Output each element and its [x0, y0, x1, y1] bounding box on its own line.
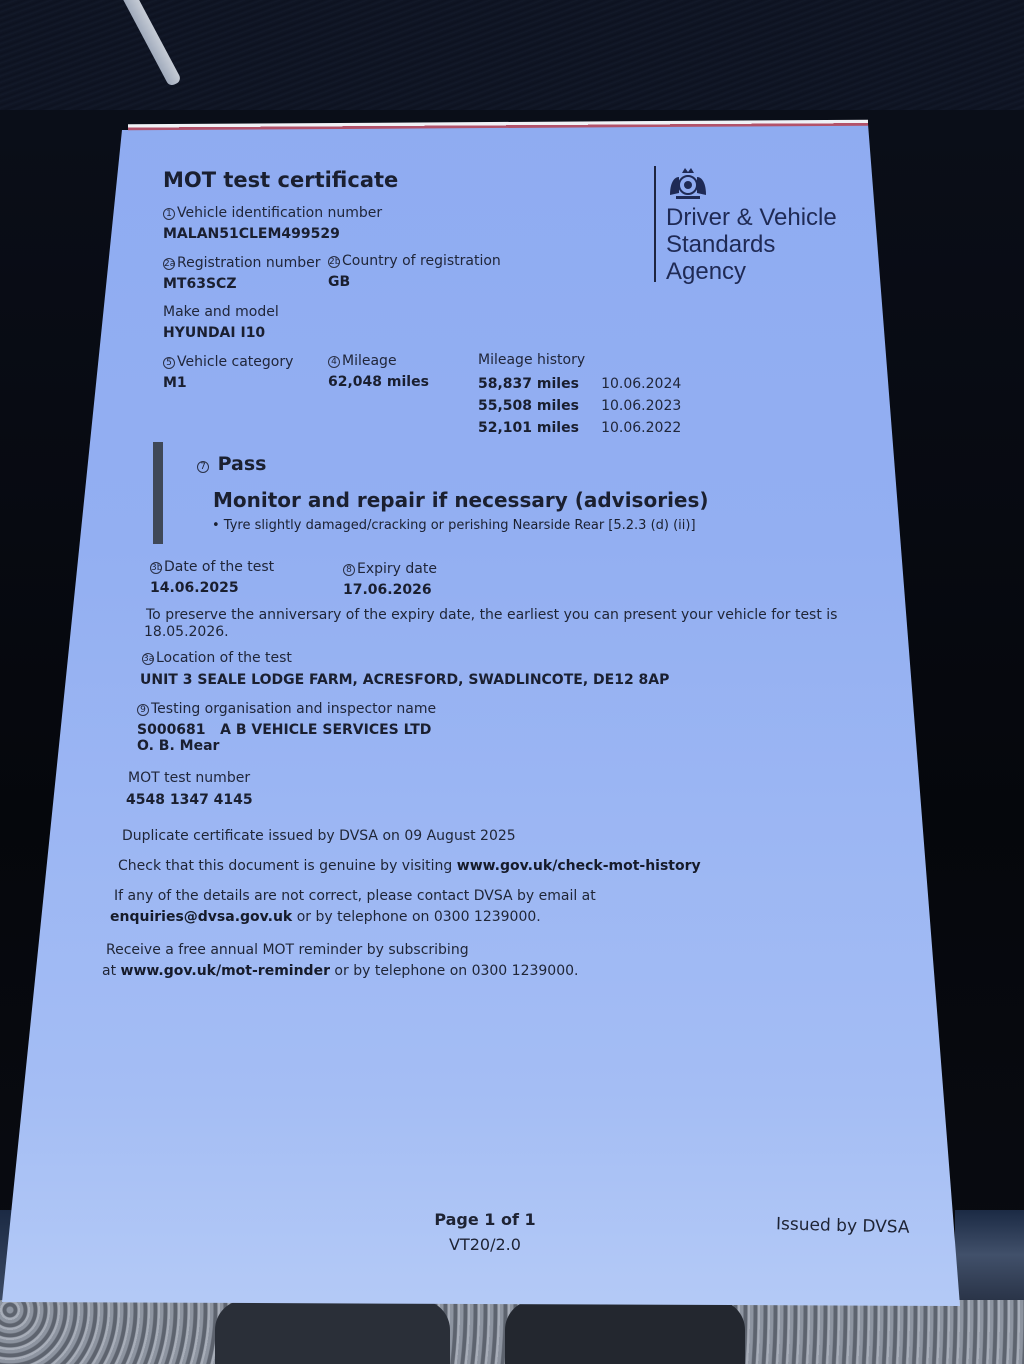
marker-icon: 8	[343, 564, 355, 576]
issued-by: Issued by DVSA	[776, 1214, 910, 1237]
category-label: Vehicle category	[177, 354, 293, 370]
contact-note: If any of the details are not correct, p…	[114, 888, 596, 925]
test-number-label: MOT test number	[128, 770, 253, 786]
test-date-field: 3bDate of the test 14.06.2025	[150, 559, 274, 596]
royal-crest-icon	[666, 165, 710, 201]
advisory-item: • Tyre slightly damaged/cracking or peri…	[212, 518, 696, 533]
country-field: 2bCountry of registration GB	[328, 253, 501, 290]
mot-reminder-link[interactable]: www.gov.uk/mot-reminder	[121, 963, 330, 979]
agency-logo-bar	[654, 166, 656, 282]
mileage-history-label: Mileage history	[478, 352, 681, 368]
testing-org-value: S000681 A B VEHICLE SERVICES LTD	[137, 722, 436, 738]
background-leg-right	[505, 1300, 745, 1364]
vin-value: MALAN51CLEM499529	[163, 226, 382, 242]
expiry-date-field: 8Expiry date 17.06.2026	[343, 561, 437, 598]
marker-icon: 5	[163, 357, 175, 369]
result-status: 7 Pass	[197, 453, 266, 475]
make-model-field: Make and model HYUNDAI I10	[163, 304, 279, 341]
marker-icon: 2b	[328, 256, 340, 268]
registration-label: Registration number	[177, 255, 321, 271]
location-value: UNIT 3 SEALE LODGE FARM, ACRESFORD, SWAD…	[140, 672, 669, 688]
category-value: M1	[163, 375, 293, 391]
expiry-date-value: 17.06.2026	[343, 582, 437, 598]
marker-icon: 9	[137, 704, 149, 716]
page-footer: Page 1 of 1 VT20/2.0	[430, 1210, 540, 1254]
expiry-date-label: Expiry date	[357, 561, 437, 577]
form-code: VT20/2.0	[430, 1235, 540, 1254]
category-field: 5Vehicle category M1	[163, 354, 293, 391]
advisories-heading: Monitor and repair if necessary (advisor…	[213, 488, 709, 512]
country-value: GB	[328, 274, 501, 290]
make-model-label: Make and model	[163, 304, 279, 320]
background-rim-right	[955, 1210, 1024, 1300]
mileage-history: Mileage history 58,837 miles 10.06.2024 …	[478, 352, 681, 436]
result-bar	[153, 442, 163, 544]
anniversary-note: To preserve the anniversary of the expir…	[146, 607, 837, 640]
test-date-label: Date of the test	[164, 559, 274, 575]
mileage-history-row: 55,508 miles 10.06.2023	[478, 395, 681, 414]
agency-line-2: Standards	[666, 231, 837, 258]
agency-line-3: Agency	[666, 258, 837, 285]
location-field: 3aLocation of the test UNIT 3 SEALE LODG…	[142, 650, 669, 688]
marker-icon: 7	[197, 461, 209, 473]
testing-org-label: Testing organisation and inspector name	[151, 701, 436, 717]
testing-org-field: 9Testing organisation and inspector name…	[137, 701, 436, 754]
vin-field: 1Vehicle identification number MALAN51CL…	[163, 205, 382, 242]
mileage-value: 62,048 miles	[328, 374, 429, 390]
marker-icon: 3b	[150, 562, 162, 574]
marker-icon: 3a	[142, 653, 154, 665]
agency-name: Driver & Vehicle Standards Agency	[666, 204, 837, 285]
marker-icon: 4	[328, 356, 340, 368]
vin-label: Vehicle identification number	[177, 205, 382, 221]
marker-icon: 1	[163, 208, 175, 220]
test-number-field: MOT test number 4548 1347 4145	[128, 770, 253, 808]
result-status-text: Pass	[218, 453, 267, 475]
check-mot-history-link[interactable]: www.gov.uk/check-mot-history	[457, 858, 701, 874]
make-model-value: HYUNDAI I10	[163, 325, 279, 341]
test-date-value: 14.06.2025	[150, 580, 274, 596]
background-leg-left	[215, 1300, 450, 1364]
check-note: Check that this document is genuine by v…	[118, 858, 701, 874]
mileage-history-row: 52,101 miles 10.06.2022	[478, 417, 681, 436]
country-label: Country of registration	[342, 253, 501, 269]
registration-value: MT63SCZ	[163, 276, 321, 292]
duplicate-note: Duplicate certificate issued by DVSA on …	[122, 828, 516, 844]
marker-icon: 2a	[163, 258, 175, 270]
location-label: Location of the test	[156, 650, 292, 666]
reminder-note: Receive a free annual MOT reminder by su…	[106, 942, 578, 979]
mileage-history-row: 58,837 miles 10.06.2024	[478, 373, 681, 392]
certificate-title: MOT test certificate	[163, 168, 398, 192]
page-indicator: Page 1 of 1	[430, 1210, 540, 1229]
mileage-label: Mileage	[342, 353, 397, 369]
contact-email-link[interactable]: enquiries@dvsa.gov.uk	[110, 909, 292, 925]
test-number-value: 4548 1347 4145	[126, 792, 253, 808]
registration-field: 2aRegistration number MT63SCZ	[163, 255, 321, 292]
agency-line-1: Driver & Vehicle	[666, 204, 837, 231]
inspector-name: O. B. Mear	[137, 738, 436, 754]
mileage-field: 4Mileage 62,048 miles	[328, 353, 429, 390]
